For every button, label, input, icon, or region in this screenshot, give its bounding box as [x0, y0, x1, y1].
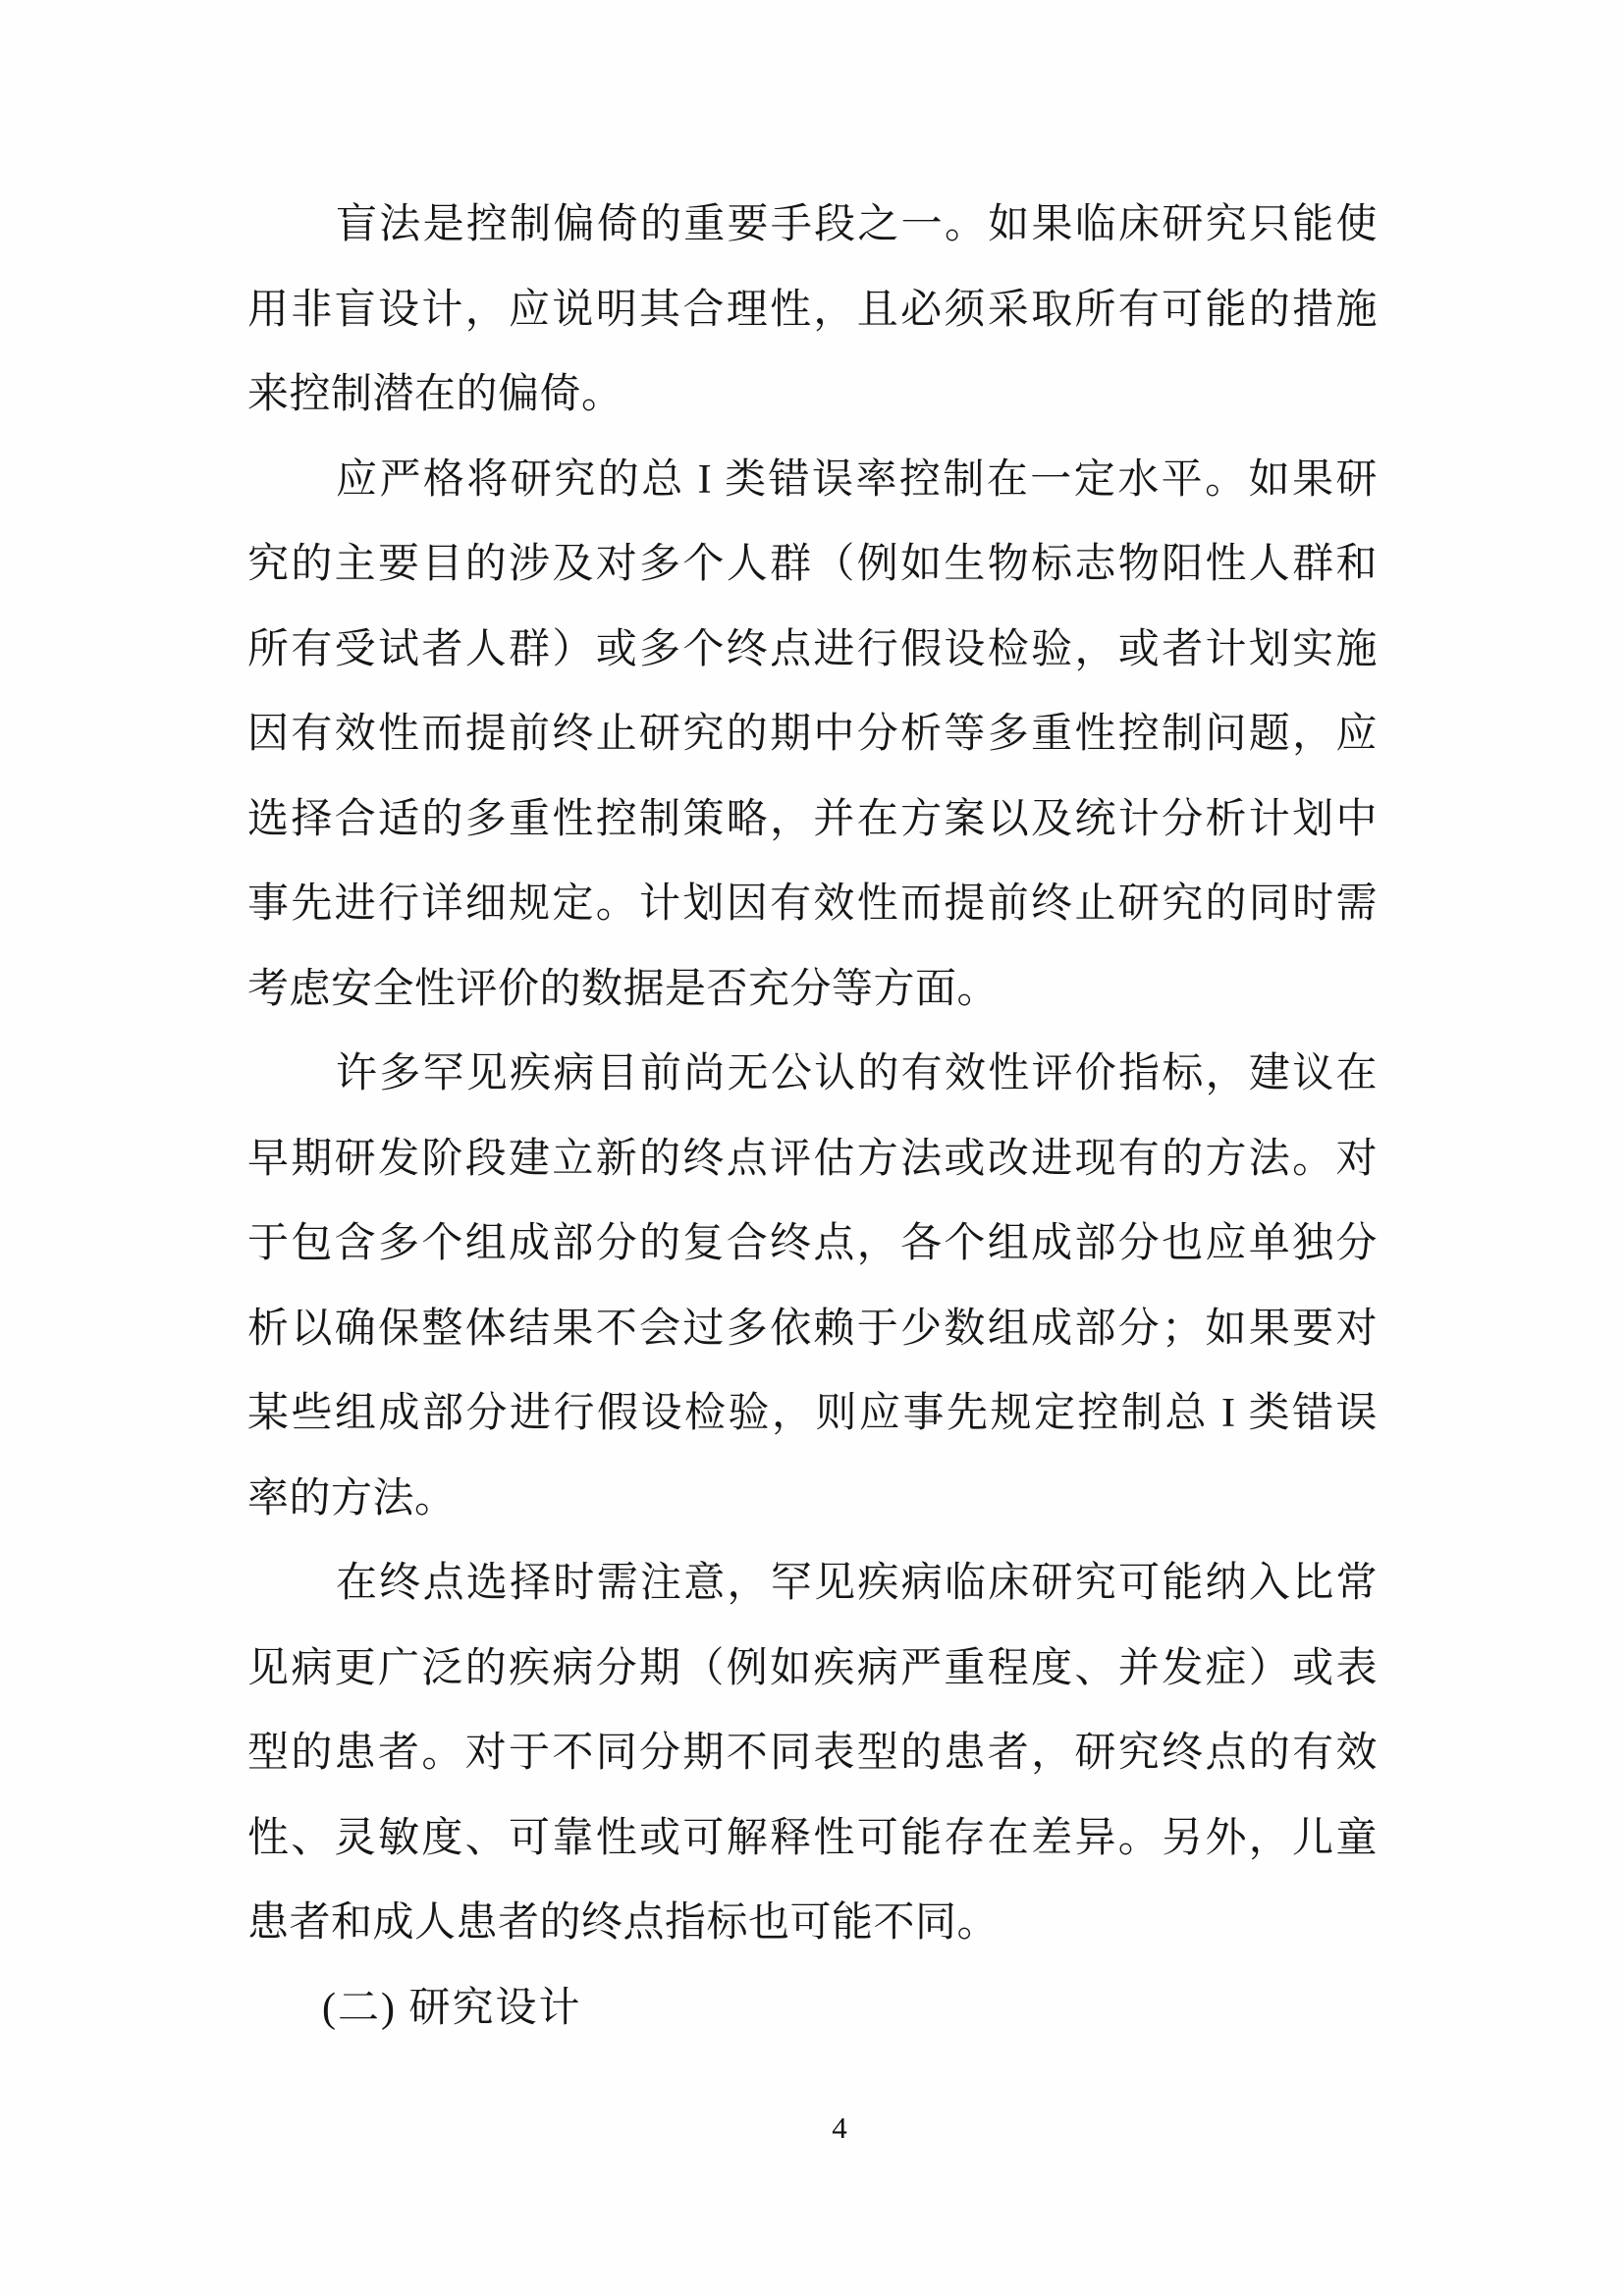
text-line: 在终点选择时需注意，罕见疾病临床研究可能纳入比常	[247, 1541, 1378, 1627]
text-line: 考虑安全性评价的数据是否充分等方面。	[247, 947, 1378, 1033]
document-body: 盲法是控制偏倚的重要手段之一。如果临床研究只能使用非盲设计，应说明其合理性，且必…	[247, 183, 1378, 2051]
text-line: 型的患者。对于不同分期不同表型的患者，研究终点的有效	[247, 1711, 1378, 1796]
text-line: 所有受试者人群）或多个终点进行假设检验，或者计划实施	[247, 608, 1378, 693]
text-line: 选择合适的多重性控制策略，并在方案以及统计分析计划中	[247, 777, 1378, 863]
paragraph: 应严格将研究的总 I 类错误率控制在一定水平。如果研究的主要目的涉及对多个人群（…	[247, 438, 1378, 1033]
text-line: 率的方法。	[247, 1457, 1378, 1542]
text-line: 究的主要目的涉及对多个人群（例如生物标志物阳性人群和	[247, 522, 1378, 608]
text-line: 事先进行详细规定。计划因有效性而提前终止研究的同时需	[247, 862, 1378, 947]
text-line: 因有效性而提前终止研究的期中分析等多重性控制问题，应	[247, 692, 1378, 777]
text-line: 某些组成部分进行假设检验，则应事先规定控制总 I 类错误	[247, 1371, 1378, 1457]
paragraph: 许多罕见疾病目前尚无公认的有效性评价指标，建议在早期研发阶段建立新的终点评估方法…	[247, 1032, 1378, 1541]
text-line: 析以确保整体结果不会过多依赖于少数组成部分；如果要对	[247, 1287, 1378, 1372]
paragraph: 在终点选择时需注意，罕见疾病临床研究可能纳入比常见病更广泛的疾病分期（例如疾病严…	[247, 1541, 1378, 1966]
text-line: 性、灵敏度、可靠性或可解释性可能存在差异。另外，儿童	[247, 1796, 1378, 1882]
text-line: 于包含多个组成部分的复合终点，各个组成部分也应单独分	[247, 1201, 1378, 1287]
page-number: 4	[832, 2110, 847, 2146]
text-line: (二) 研究设计	[247, 1966, 1378, 2052]
text-line: 患者和成人患者的终点指标也可能不同。	[247, 1881, 1378, 1966]
section-heading: (二) 研究设计	[247, 1966, 1378, 2052]
text-line: 盲法是控制偏倚的重要手段之一。如果临床研究只能使	[247, 183, 1378, 268]
paragraph: 盲法是控制偏倚的重要手段之一。如果临床研究只能使用非盲设计，应说明其合理性，且必…	[247, 183, 1378, 438]
text-line: 用非盲设计，应说明其合理性，且必须采取所有可能的措施	[247, 268, 1378, 353]
text-line: 来控制潜在的偏倚。	[247, 352, 1378, 438]
text-line: 应严格将研究的总 I 类错误率控制在一定水平。如果研	[247, 438, 1378, 523]
text-line: 许多罕见疾病目前尚无公认的有效性评价指标，建议在	[247, 1032, 1378, 1117]
document-page: 盲法是控制偏倚的重要手段之一。如果临床研究只能使用非盲设计，应说明其合理性，且必…	[0, 0, 1624, 2296]
text-line: 见病更广泛的疾病分期（例如疾病严重程度、并发症）或表	[247, 1627, 1378, 1712]
text-line: 早期研发阶段建立新的终点评估方法或改进现有的方法。对	[247, 1117, 1378, 1202]
